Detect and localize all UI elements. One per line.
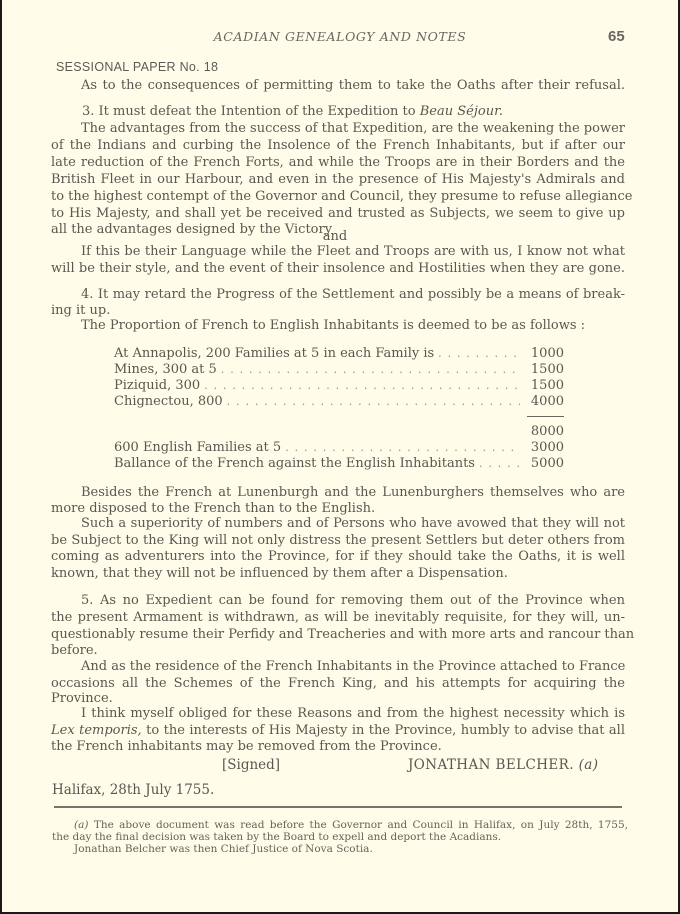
- leader-dots: . . . . . . . . . . . . . . . . . . . .: [479, 457, 520, 470]
- leader-dots: . . . . . . . . . . . . . . . . . . . . …: [227, 395, 520, 408]
- document-page: ACADIAN GENEALOGY AND NOTES 65 SESSIONAL…: [0, 0, 680, 914]
- table-subtotal-row: .8000: [114, 424, 564, 440]
- table-row: Chignectou, 800. . . . . . . . . . . . .…: [114, 394, 564, 410]
- sum-rule: [527, 416, 564, 417]
- signatory: JONATHAN BELCHER. (a): [408, 757, 598, 773]
- proportion-intro: The Proportion of French to English Inha…: [51, 318, 625, 334]
- page-number: 65: [608, 28, 625, 45]
- leader-dots: . . . . . . . . . . . . . . . . . . . . …: [204, 379, 520, 392]
- running-head: ACADIAN GENEALOGY AND NOTES: [2, 29, 678, 44]
- lex-temporis: Lex temporis,: [51, 723, 142, 738]
- table-row: At Annapolis, 200 Families at 5 in each …: [114, 346, 564, 362]
- sessional-paper-label: SESSIONAL PAPER No. 18: [56, 60, 218, 74]
- paragraph-consequences: As to the consequences of permitting the…: [51, 78, 625, 94]
- table-row: 600 English Families at 5. . . . . . . .…: [114, 440, 564, 456]
- place-date: Halifax, 28th July 1755.: [52, 782, 214, 798]
- table-row: Ballance of the French against the Engli…: [114, 456, 564, 472]
- signed-label: [Signed]: [222, 757, 280, 773]
- leader-dots: . . . . . . . . . . . . . . . . . . . . …: [285, 441, 520, 454]
- leader-dots: . . . . . . . . . . . . . . . . . . . . …: [438, 347, 520, 360]
- table-row: Piziquid, 300. . . . . . . . . . . . . .…: [114, 378, 564, 394]
- point-3-heading: 3. It must defeat the Intention of the E…: [51, 104, 625, 120]
- footnote-divider: [54, 806, 622, 808]
- leader-dots: . . . . . . . . . . . . . . . . . . . . …: [221, 363, 520, 376]
- beau-sejour: Beau Séjour.: [420, 104, 503, 119]
- table-row: Mines, 300 at 5. . . . . . . . . . . . .…: [114, 362, 564, 378]
- and-connector: and: [2, 229, 668, 244]
